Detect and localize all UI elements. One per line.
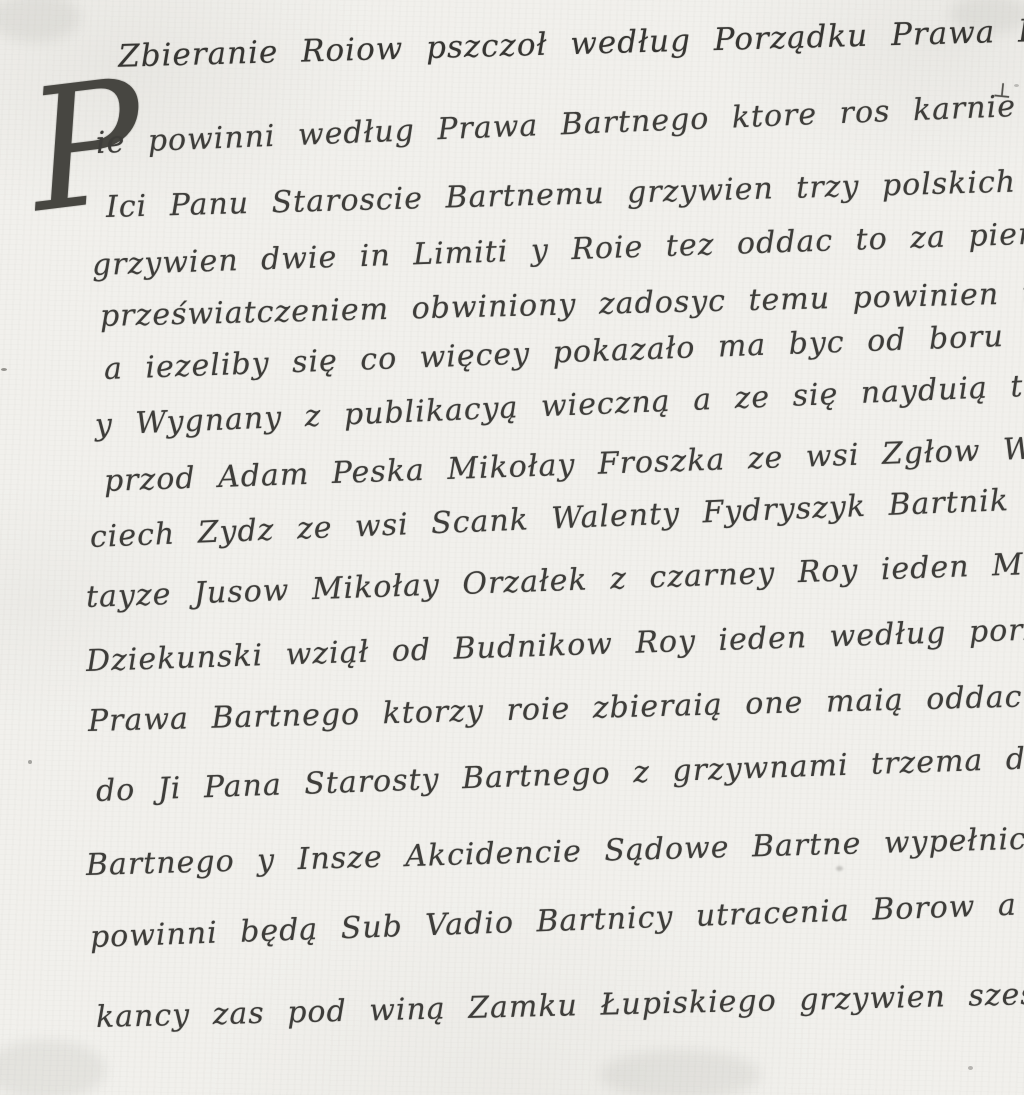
scan-speck (28, 760, 32, 764)
scan-speck (836, 866, 843, 871)
paper-blotch (0, 0, 80, 42)
manuscript-line: powinni będą Sub Vadio Bartnicy utraceni… (89, 884, 1024, 955)
manuscript-heading: Zbieranie Roiow pszczoł według Porządku … (118, 9, 1024, 74)
manuscript-page: Zbieranie Roiow pszczoł według Porządku … (0, 0, 1024, 1095)
manuscript-line: Ici Panu Staroscie Bartnemu grzywien trz… (106, 161, 1024, 225)
paper-blotch (600, 1050, 760, 1095)
manuscript-line: do Ji Pana Starosty Bartnego z grzywnami… (95, 737, 1024, 809)
scan-speck (1014, 84, 1019, 87)
manuscript-line: Prawa Bartnego ktorzy roie zbieraią one … (88, 674, 1024, 738)
manuscript-line: Bartnego y Insze Akcidencie Sądowe Bartn… (86, 822, 1024, 883)
scan-speck (1, 368, 7, 371)
manuscript-line: kancy zas pod winą Zamku Łupiskiego grzy… (96, 975, 1024, 1035)
paper-blotch (0, 1040, 106, 1095)
manuscript-line: grzywien dwie in Limiti y Roie tez oddac… (91, 214, 1024, 283)
scan-speck (968, 1066, 973, 1070)
manuscript-line: Dziekunski wziął od Budnikow Roy ieden w… (85, 610, 1024, 679)
manuscript-line: tayze Jusow Mikołay Orzałek z czarney Ro… (85, 544, 1024, 615)
manuscript-line: ie powinni według Prawa Bartnego ktore r… (95, 83, 1024, 161)
